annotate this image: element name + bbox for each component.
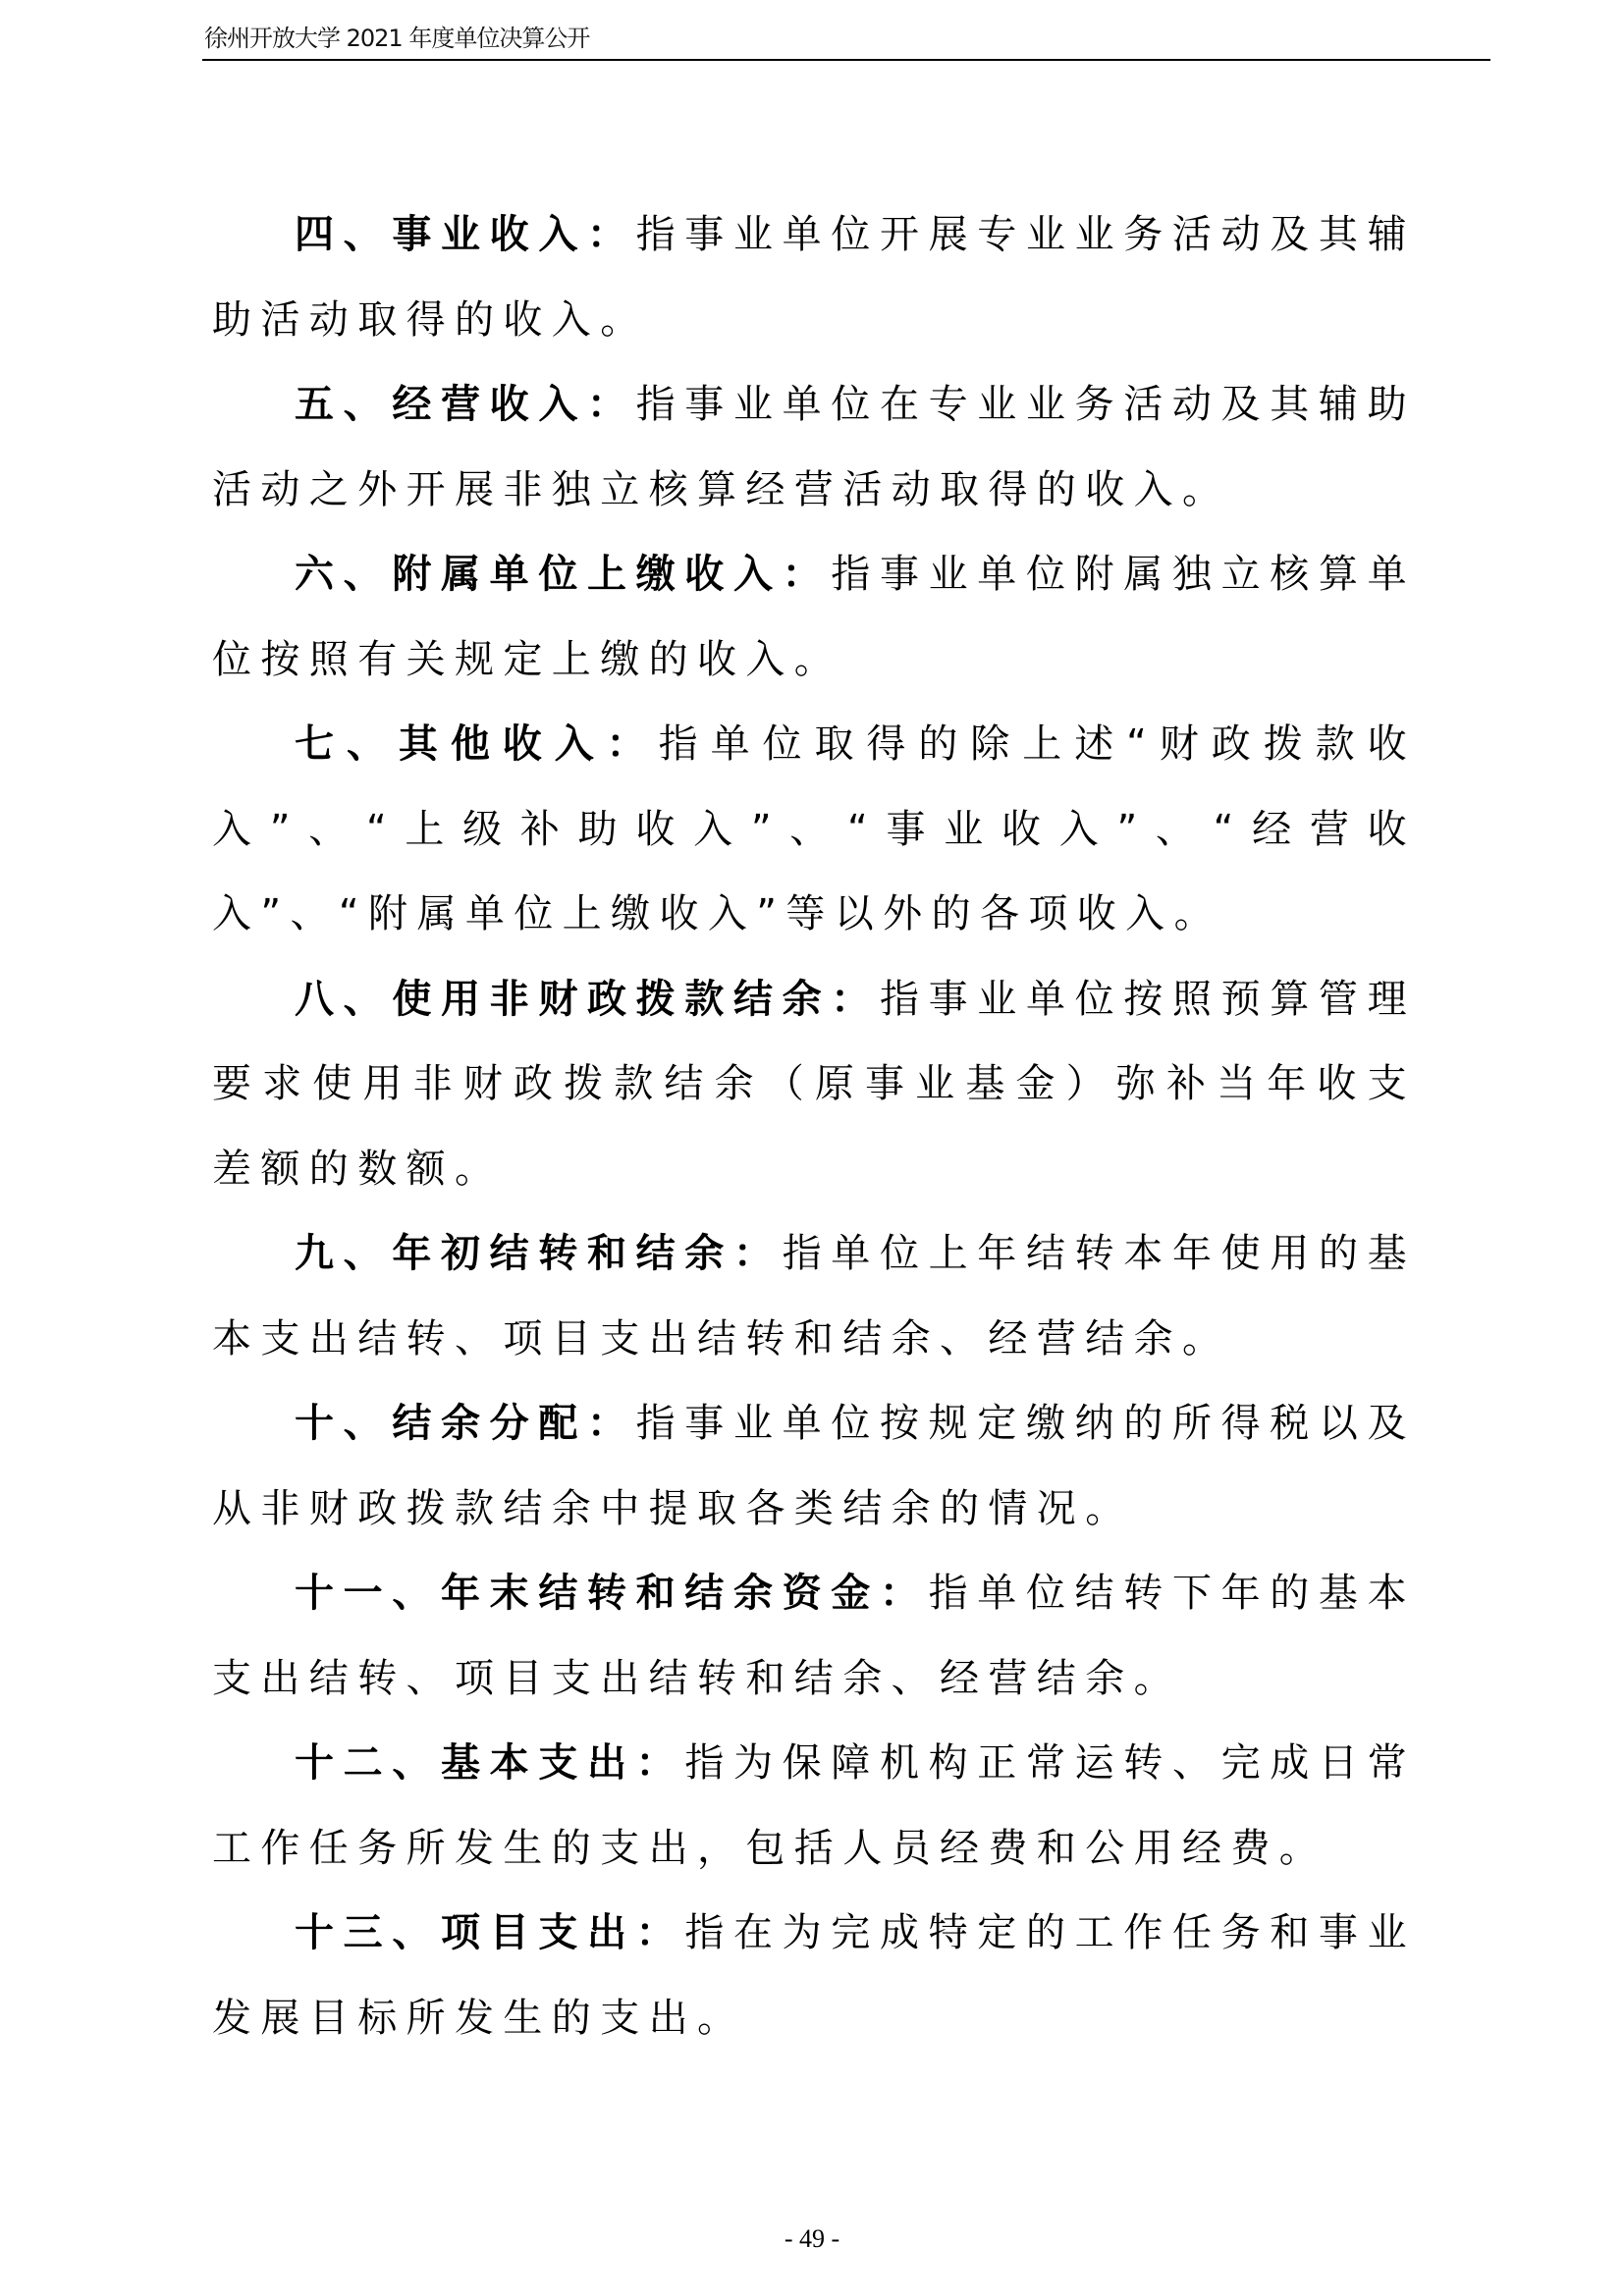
paragraph-business-income: 四、事业收入：指事业单位开展专业业务活动及其辅助活动取得的收入。 — [212, 192, 1416, 362]
paragraph-other-income: 七、其他收入：指单位取得的除上述“财政拨款收入”、“上级补助收入”、“事业收入”… — [212, 702, 1416, 957]
page-number: - 49 - — [0, 2224, 1624, 2254]
document-body: 四、事业收入：指事业单位开展专业业务活动及其辅助活动取得的收入。 五、经营收入：… — [212, 192, 1416, 2060]
term-label: 七、其他收入： — [295, 721, 659, 767]
document-header: 徐州开放大学 2021 年度单位决算公开 — [204, 22, 1490, 55]
term-label: 十、结余分配： — [295, 1401, 636, 1446]
paragraph-opening-carryover: 九、年初结转和结余：指单位上年结转本年使用的基本支出结转、项目支出结转和结余、经… — [212, 1211, 1416, 1381]
term-label: 四、事业收入： — [295, 212, 636, 257]
term-label: 十一、年末结转和结余资金： — [295, 1571, 929, 1616]
paragraph-surplus-distribution: 十、结余分配：指事业单位按规定缴纳的所得税以及从非财政拨款结余中提取各类结余的情… — [212, 1381, 1416, 1551]
term-label: 九、年初结转和结余： — [295, 1231, 783, 1276]
paragraph-closing-carryover: 十一、年末结转和结余资金：指单位结转下年的基本支出结转、项目支出结转和结余、经营… — [212, 1551, 1416, 1721]
paragraph-operating-income: 五、经营收入：指事业单位在专业业务活动及其辅助活动之外开展非独立核算经营活动取得… — [212, 362, 1416, 532]
paragraph-project-expenditure: 十三、项目支出：指在为完成特定的工作任务和事业发展目标所发生的支出。 — [212, 1891, 1416, 2060]
term-label: 十二、基本支出： — [295, 1740, 684, 1786]
term-label: 五、经营收入： — [295, 382, 636, 427]
paragraph-basic-expenditure: 十二、基本支出：指为保障机构正常运转、完成日常工作任务所发生的支出，包括人员经费… — [212, 1721, 1416, 1891]
term-label: 八、使用非财政拨款结余： — [295, 977, 880, 1022]
term-label: 六、附属单位上缴收入： — [295, 552, 831, 597]
header-divider — [202, 59, 1490, 61]
term-label: 十三、项目支出： — [295, 1910, 684, 1955]
paragraph-subsidiary-income: 六、附属单位上缴收入：指事业单位附属独立核算单位按照有关规定上缴的收入。 — [212, 532, 1416, 702]
paragraph-non-fiscal-balance: 八、使用非财政拨款结余：指事业单位按照预算管理要求使用非财政拨款结余（原事业基金… — [212, 957, 1416, 1212]
